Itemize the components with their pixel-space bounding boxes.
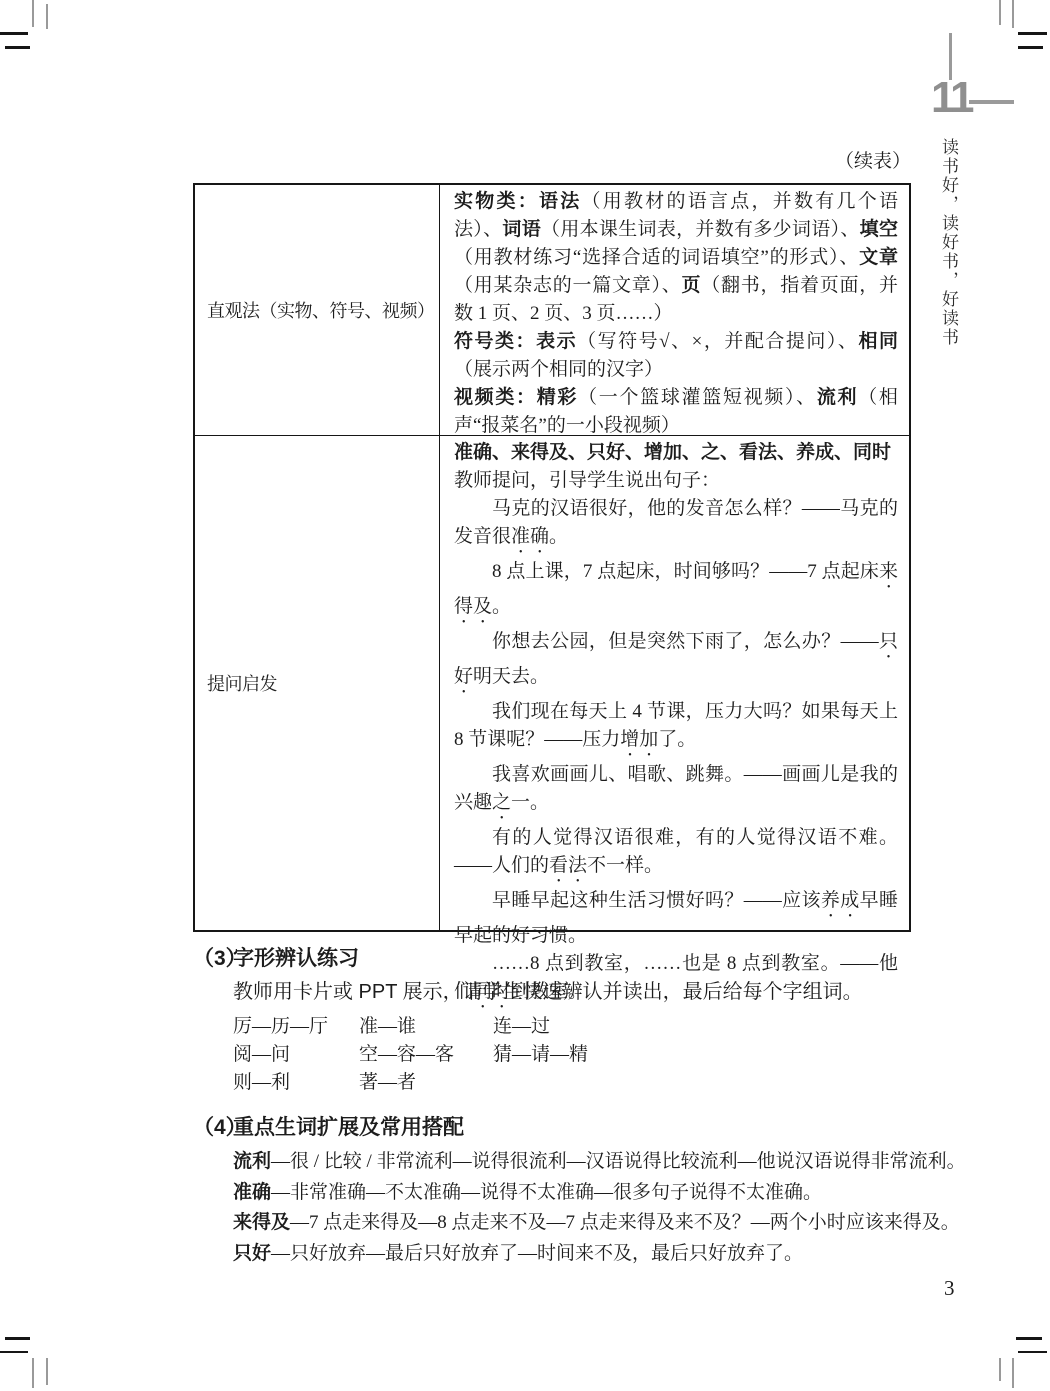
text-run: —只好放弃—最后只好放弃了—时间来不及，最后只好放弃了。: [271, 1243, 803, 1264]
emphasized-word: 养成: [821, 890, 860, 911]
chapter-marker-line-horizontal: [969, 100, 1014, 104]
method-content-cell: 实物类：语法（用教材的语言点，并数有几个语法）、词语（用本课生词表，并数有多少词…: [440, 185, 909, 435]
paragraph: 马克的汉语很好，他的发音怎么样？——马克的发音很准确。: [454, 495, 898, 558]
bold-text: 文章: [859, 247, 898, 268]
emphasized-word: 增加: [620, 729, 658, 750]
text-run: 你想去公园，但是突然下雨了，怎么办？——: [492, 631, 879, 652]
bold-text: 词语: [502, 219, 541, 240]
bold-text: 相同: [858, 331, 898, 352]
section-header: （4）重点生词扩展及常用搭配: [193, 1113, 933, 1143]
crop-mark-top-right-h1: [1018, 32, 1047, 35]
collocation-line: 准确—非常准确—不太准确—说得不太准确—很多句子说得不太准确。: [233, 1178, 933, 1209]
character-group: 厉—历—厅: [233, 1013, 359, 1041]
bold-text: 实物类：: [454, 191, 539, 212]
bold-text: 流利: [817, 387, 858, 408]
crop-mark-bottom-left-h1: [5, 1337, 30, 1340]
crop-mark-bottom-right-h2: [1018, 1351, 1047, 1353]
text-run: （用本课生词表，并数有多少词语）、: [541, 219, 860, 240]
text-run: —很 / 比较 / 非常流利—说得很流利—汉语说得比较流利—他说汉语说得非常流利…: [271, 1151, 966, 1172]
bold-text: 视频类：: [454, 387, 537, 408]
section-title: 字形辨认练习: [233, 947, 359, 970]
side-caption-vertical: 读书好，读好书，好读书: [936, 138, 961, 358]
text-run: 8 点上课，7 点起床，时间够吗？——7 点起床: [492, 561, 879, 582]
emphasized-word: 之: [492, 792, 511, 813]
paragraph: 早睡早起这种生活习惯好吗？——应该养成早睡早起的好习惯。: [454, 887, 898, 950]
bold-text: 准确、来得及、只好、增加、之、看法、养成、同时: [454, 442, 891, 463]
chapter-number: 11: [931, 76, 965, 120]
method-content-cell: 准确、来得及、只好、增加、之、看法、养成、同时教师提问，引导学生说出句子：马克的…: [440, 436, 909, 930]
crop-mark-bottom-left-v2: [46, 1358, 48, 1385]
text-run: （一个篮球灌篮短视频）、: [578, 387, 817, 408]
crop-mark-top-right-h2: [1018, 46, 1043, 49]
continued-table-label: （续表）: [193, 146, 911, 173]
crop-mark-top-left-v1: [32, 0, 34, 27]
teaching-methods-table: 直观法（实物、符号、视频） 实物类：语法（用教材的语言点，并数有几个语法）、词语…: [193, 183, 911, 932]
text-run: （用教材练习“选择合适的词语填空”的形式）、: [454, 247, 859, 268]
paragraph: 我喜欢画画儿、唱歌、跳舞。——画画儿是我的兴趣之一。: [454, 761, 898, 824]
paragraph: 符号类：表示（写符号√、×，并配合提问）、相同（展示两个相同的汉字）: [454, 328, 898, 384]
collocation-lines: 流利—很 / 比较 / 非常流利—说得很流利—汉语说得比较流利—他说汉语说得非常…: [233, 1147, 933, 1269]
text-run: 。: [549, 526, 568, 547]
emphasized-word: 看法: [549, 855, 587, 876]
paragraph: 教师提问，引导学生说出句子：: [454, 467, 898, 495]
scanned-book-page: { "page": { "chapter_number": "11", "sid…: [0, 0, 1050, 1391]
collocation-line: 流利—很 / 比较 / 非常流利—说得很流利—汉语说得比较流利—他说汉语说得非常…: [233, 1147, 933, 1178]
bold-text: 表示: [536, 331, 577, 352]
bold-text: 页: [681, 275, 701, 296]
crop-mark-bottom-right-v1: [999, 1358, 1001, 1381]
section-title: 重点生词扩展及常用搭配: [233, 1116, 464, 1139]
character-row: 则—利著—者: [233, 1069, 933, 1097]
method-name-cell: 提问启发: [195, 436, 440, 930]
crop-mark-top-right-v2: [1012, 0, 1014, 28]
paragraph: 你想去公园，但是突然下雨了，怎么办？——只好明天去。: [454, 628, 898, 698]
crop-mark-bottom-left-v1: [32, 1358, 34, 1388]
paragraph: 我们现在每天上 4 节课，压力大吗？如果每天上 8 节课呢？——压力增加了。: [454, 698, 898, 761]
character-group: 连—过: [493, 1013, 550, 1041]
paragraph: 有的人觉得汉语很难，有的人觉得汉语不难。——人们的看法不一样。: [454, 824, 898, 887]
crop-mark-bottom-right-h1: [1016, 1337, 1042, 1340]
crop-mark-top-left-h2: [5, 46, 30, 49]
paragraph: 8 点上课，7 点起床，时间够吗？——7 点起床来得及。: [454, 558, 898, 628]
character-row: 厉—历—厅准—谁连—过: [233, 1013, 933, 1041]
bold-text: 只好: [233, 1243, 271, 1264]
crop-mark-top-left-v2: [46, 4, 48, 29]
text-run: —7 点走来得及—8 点走来不及—7 点走来得及来不及？—两个小时应该来得及。: [290, 1212, 960, 1233]
text-run: —非常准确—不太准确—说得不太准确—很多句子说得不太准确。: [271, 1182, 822, 1203]
paragraph: 实物类：语法（用教材的语言点，并数有几个语法）、词语（用本课生词表，并数有多少词…: [454, 188, 898, 328]
emphasized-word: 准确: [511, 526, 549, 547]
crop-mark-bottom-right-v2: [1012, 1358, 1014, 1388]
text-run: 。: [492, 596, 511, 617]
paragraph: 准确、来得及、只好、增加、之、看法、养成、同时: [454, 439, 898, 467]
text-run: （用某杂志的一篇文章）、: [454, 275, 681, 296]
collocation-line: 来得及—7 点走来得及—8 点走来不及—7 点走来得及来不及？—两个小时应该来得…: [233, 1208, 933, 1239]
exercise-sections: （3）字形辨认练习 教师用卡片或 PPT 展示，请学生快速辨认并读出，最后给每个…: [193, 944, 933, 1269]
crop-mark-bottom-left-h2: [0, 1351, 28, 1353]
section-header: （3）字形辨认练习: [193, 944, 933, 974]
crop-mark-top-left-h1: [0, 32, 28, 35]
section-number: （3）: [193, 944, 233, 974]
section-number: （4）: [193, 1113, 233, 1143]
bold-text: 精彩: [537, 387, 578, 408]
character-row: 阅—问空—容—客猜—请—精: [233, 1041, 933, 1069]
bold-text: 准确: [233, 1182, 271, 1203]
crop-mark-top-right-v1: [999, 0, 1001, 25]
section-intro: 教师用卡片或 PPT 展示，请学生快速辨认并读出，最后给每个字组词。: [233, 977, 933, 1007]
text-run: （写符号√、×，并配合提问）、: [577, 331, 858, 352]
character-comparison-grid: 厉—历—厅准—谁连—过阅—问空—容—客猜—请—精则—利著—者: [233, 1013, 933, 1097]
bold-text: 语法: [539, 191, 582, 212]
text-run: 不一样。: [587, 855, 663, 876]
bold-text: 符号类：: [454, 331, 536, 352]
text-run: 教师提问，引导学生说出句子：: [454, 470, 720, 491]
section-shape-recognition: （3）字形辨认练习 教师用卡片或 PPT 展示，请学生快速辨认并读出，最后给每个…: [193, 944, 933, 1097]
character-group: 则—利: [233, 1069, 359, 1097]
paragraph: 视频类：精彩（一个篮球灌篮短视频）、流利（相声“报菜名”的一小段视频）: [454, 384, 898, 440]
text-run: 早睡早起这种生活习惯好吗？——应该: [492, 890, 821, 911]
text-run: （展示两个相同的汉字）: [454, 359, 663, 380]
character-group: 猜—请—精: [493, 1041, 588, 1069]
text-run: 了。: [658, 729, 696, 750]
section-collocations: （4）重点生词扩展及常用搭配 流利—很 / 比较 / 非常流利—说得很流利—汉语…: [193, 1113, 933, 1269]
character-group: 著—者: [359, 1069, 493, 1097]
collocation-line: 只好—只好放弃—最后只好放弃了—时间来不及，最后只好放弃了。: [233, 1239, 933, 1270]
method-name-cell: 直观法（实物、符号、视频）: [195, 185, 440, 435]
text-run: 有的人觉得汉语很难，有的人觉得汉语不难。——人们的: [454, 827, 898, 876]
table-row-visual-method: 直观法（实物、符号、视频） 实物类：语法（用教材的语言点，并数有几个语法）、词语…: [195, 185, 909, 435]
bold-text: 来得及: [233, 1212, 290, 1233]
text-run: 一。: [511, 792, 549, 813]
bold-text: 流利: [233, 1151, 271, 1172]
table-row-question-method: 提问启发 准确、来得及、只好、增加、之、看法、养成、同时教师提问，引导学生说出句…: [195, 435, 909, 930]
page-number: 3: [944, 1276, 955, 1301]
text-run: 明天去。: [473, 666, 549, 687]
bold-text: 填空: [860, 219, 898, 240]
character-group: 空—容—客: [359, 1041, 493, 1069]
character-group: 准—谁: [359, 1013, 493, 1041]
character-group: 阅—问: [233, 1041, 359, 1069]
